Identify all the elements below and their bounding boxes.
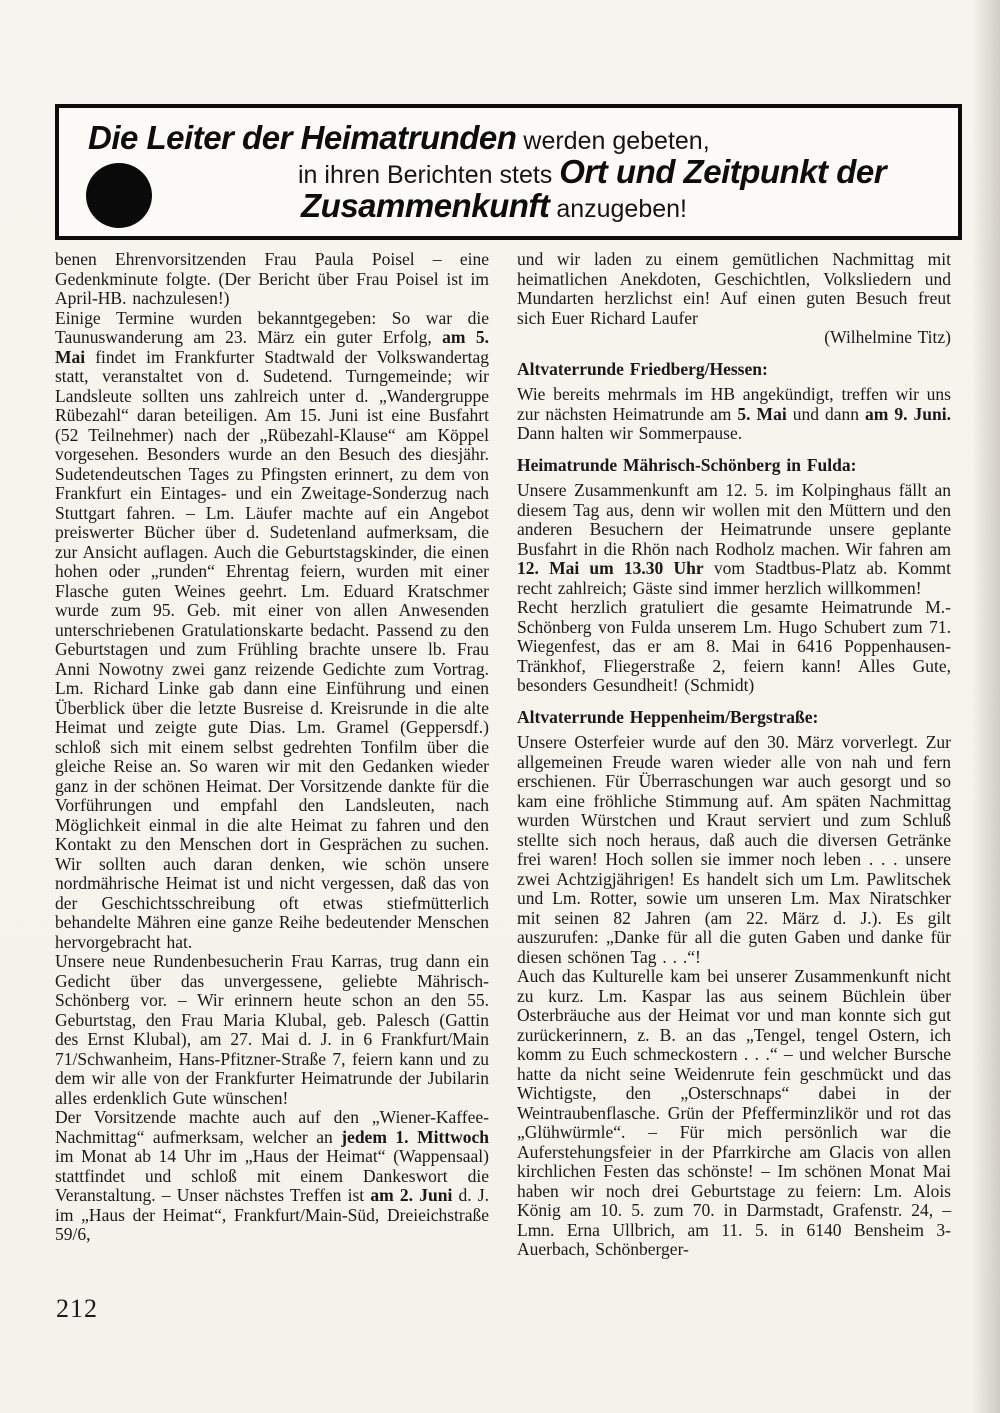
notice-title-regular: werden gebeten, xyxy=(516,127,709,155)
body-paragraph: Wie bereits mehrmals im HB angekündigt, … xyxy=(517,385,951,444)
notice-line2-bold: Ort und Zeitpunkt der xyxy=(559,153,886,190)
body-paragraph: Auch das Kulturelle kam bei unserer Zusa… xyxy=(517,967,951,1260)
section-heading: Altvaterrunde Friedberg/Hessen: xyxy=(517,360,951,380)
body-paragraph: Unsere neue Rundenbesucherin Frau Karras… xyxy=(55,952,489,1108)
notice-line-1: Die Leiter der Heimatrunden werden gebet… xyxy=(88,121,958,155)
signature-line: (Wilhelmine Titz) xyxy=(517,328,951,348)
notice-line-3: Zusammenkunft anzugeben! xyxy=(301,189,958,223)
section-heading: Heimatrunde Mährisch-Schönberg in Fulda: xyxy=(517,456,951,476)
notice-box: Die Leiter der Heimatrunden werden gebet… xyxy=(55,104,962,240)
body-paragraph: und wir laden zu einem gemütlichen Nachm… xyxy=(517,250,951,328)
notice-line3-regular: anzugeben! xyxy=(549,195,687,223)
section-heading: Altvaterrunde Heppenheim/Bergstraße: xyxy=(517,708,951,728)
body-paragraph: Der Vorsitzende machte auch auf den „Wie… xyxy=(55,1108,489,1245)
body-paragraph: Recht herzlich gratuliert die gesamte He… xyxy=(517,598,951,696)
notice-title-bold: Die Leiter der Heimatrunden xyxy=(88,119,516,156)
left-column: benen Ehrenvorsitzenden Frau Paula Poise… xyxy=(55,250,489,1245)
page-number: 212 xyxy=(56,1294,98,1324)
notice-line3-bold: Zusammenkunft xyxy=(301,187,549,224)
notice-text: Die Leiter der Heimatrunden werden gebet… xyxy=(59,108,958,236)
body-paragraph: Einige Termine wurden bekanntgegeben: So… xyxy=(55,309,489,953)
body-paragraph: Unsere Zusammenkunft am 12. 5. im Kolpin… xyxy=(517,481,951,598)
notice-line-2: in ihren Berichten stets Ort und Zeitpun… xyxy=(298,155,958,189)
scanned-newsletter-page: Die Leiter der Heimatrunden werden gebet… xyxy=(0,0,1000,1413)
body-paragraph: Unsere Osterfeier wurde auf den 30. März… xyxy=(517,733,951,967)
body-paragraph: benen Ehrenvorsitzenden Frau Paula Poise… xyxy=(55,250,489,309)
notice-line2-regular: in ihren Berichten stets xyxy=(298,161,559,189)
scan-edge-shadow xyxy=(972,0,1000,1413)
right-column: und wir laden zu einem gemütlichen Nachm… xyxy=(517,250,951,1260)
